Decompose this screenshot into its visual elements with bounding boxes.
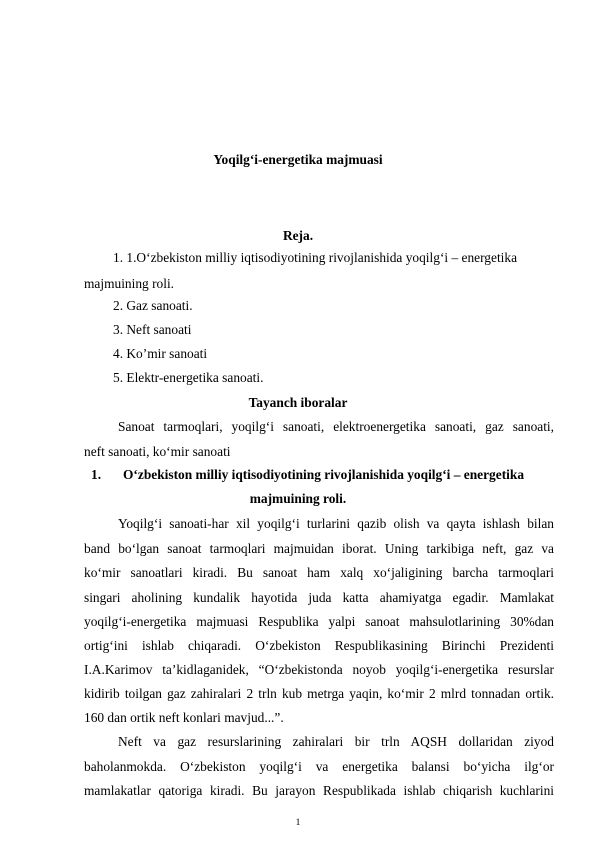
paragraph-line: kidirib toilgan gaz zahiralari 2 trln ku… (84, 686, 554, 702)
paragraph-line: singari aholining kundalik hayotida juda… (84, 590, 554, 606)
paragraph-line: mamlakatlar qatoriga kiradi. Bu jarayon … (84, 783, 554, 799)
document-title: Yoqilg‘i-energetika majmuasi (0, 152, 596, 168)
keywords-line-2: neft sanoati, ko‘mir sanoati (84, 444, 231, 460)
plan-item-1: 1. 1.O‘zbekiston milliy iqtisodiyotining… (113, 250, 517, 266)
paragraph-line: band bo‘lgan sanoat tarmoqlari majmuidan… (84, 541, 554, 557)
plan-item-4: 4. Ko’mir sanoati (113, 346, 207, 362)
keywords-line-1: Sanoat tarmoqlari, yoqilg‘i sanoati, ele… (84, 419, 554, 435)
paragraph-line: ortig‘ini ishlab chiqaradi. O‘zbekiston … (84, 638, 554, 654)
keywords-heading: Tayanch iboralar (0, 395, 596, 411)
plan-heading: Reja. (0, 228, 596, 244)
paragraph-line: ko‘mir sanoatlari kiradi. Bu sanoat ham … (84, 565, 554, 581)
paragraph-line: Yoqilg‘i sanoati-har xil yoqilg‘i turlar… (84, 516, 554, 532)
paragraph-line: I.A.Karimov ta’kidlaganidek, “O‘zbekisto… (84, 662, 554, 678)
plan-item-2: 2. Gaz sanoati. (113, 298, 193, 314)
section-1-number: 1. (91, 467, 101, 483)
section-1-heading-line-1: O‘zbekiston milliy iqtisodiyotining rivo… (123, 467, 524, 483)
paragraph-line: 160 dan ortik neft konlari mavjud...”. (84, 710, 284, 726)
paragraph-line: Neft va gaz resurslarining zahiralari bi… (84, 734, 554, 750)
paragraph-line: baholanmokda. O‘zbekiston yoqilg‘i va en… (84, 759, 554, 775)
plan-item-1-continued: majmuining roli. (84, 276, 174, 292)
document-page: Yoqilg‘i-energetika majmuasi Reja. 1. 1.… (0, 0, 596, 842)
plan-item-5: 5. Elektr-energetika sanoati. (113, 370, 263, 386)
section-1-heading-line-2: majmuining roli. (0, 491, 596, 507)
page-number: 1 (0, 818, 596, 828)
paragraph-line: yoqilg‘i-energetika majmuasi Respublika … (84, 614, 554, 630)
plan-item-3: 3. Neft sanoati (113, 322, 191, 338)
